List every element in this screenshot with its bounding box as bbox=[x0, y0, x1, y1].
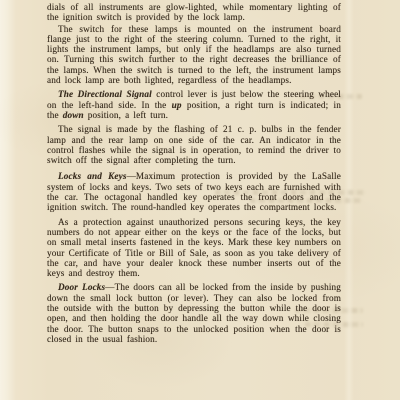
text-run: As a protection against unauthorized per… bbox=[47, 217, 341, 278]
text-run: The switch for these lamps is mounted on… bbox=[47, 24, 341, 85]
text-run: dials of all instruments are glow-lighte… bbox=[47, 2, 341, 22]
book-page: dials of all instruments are glow-lighte… bbox=[0, 0, 400, 400]
paragraph-3: The Directional Signal control lever is … bbox=[47, 89, 341, 120]
paragraph-7: Door Locks—The doors can all be locked f… bbox=[47, 282, 341, 344]
bold-italic-run: Door Locks bbox=[58, 282, 105, 292]
bold-italic-run: down bbox=[63, 110, 84, 120]
bold-italic-run: Locks and Keys bbox=[58, 171, 127, 181]
bold-italic-run: up bbox=[172, 100, 182, 110]
paragraph-6: As a protection against unauthorized per… bbox=[47, 217, 341, 279]
page-fold-highlight bbox=[344, 0, 354, 400]
paragraph-2: The switch for these lamps is mounted on… bbox=[47, 24, 341, 86]
bold-italic-run: The Directional Signal bbox=[58, 89, 152, 99]
paragraph-4: The signal is made by the flashing of 21… bbox=[47, 124, 341, 165]
paragraph-5: Locks and Keys—Maximum protection is pro… bbox=[47, 171, 341, 212]
text-run: The signal is made by the flashing of 21… bbox=[47, 124, 341, 165]
text-column: dials of all instruments are glow-lighte… bbox=[47, 2, 341, 344]
text-run: position, a left turn. bbox=[84, 110, 168, 120]
paragraph-1: dials of all instruments are glow-lighte… bbox=[47, 2, 341, 23]
